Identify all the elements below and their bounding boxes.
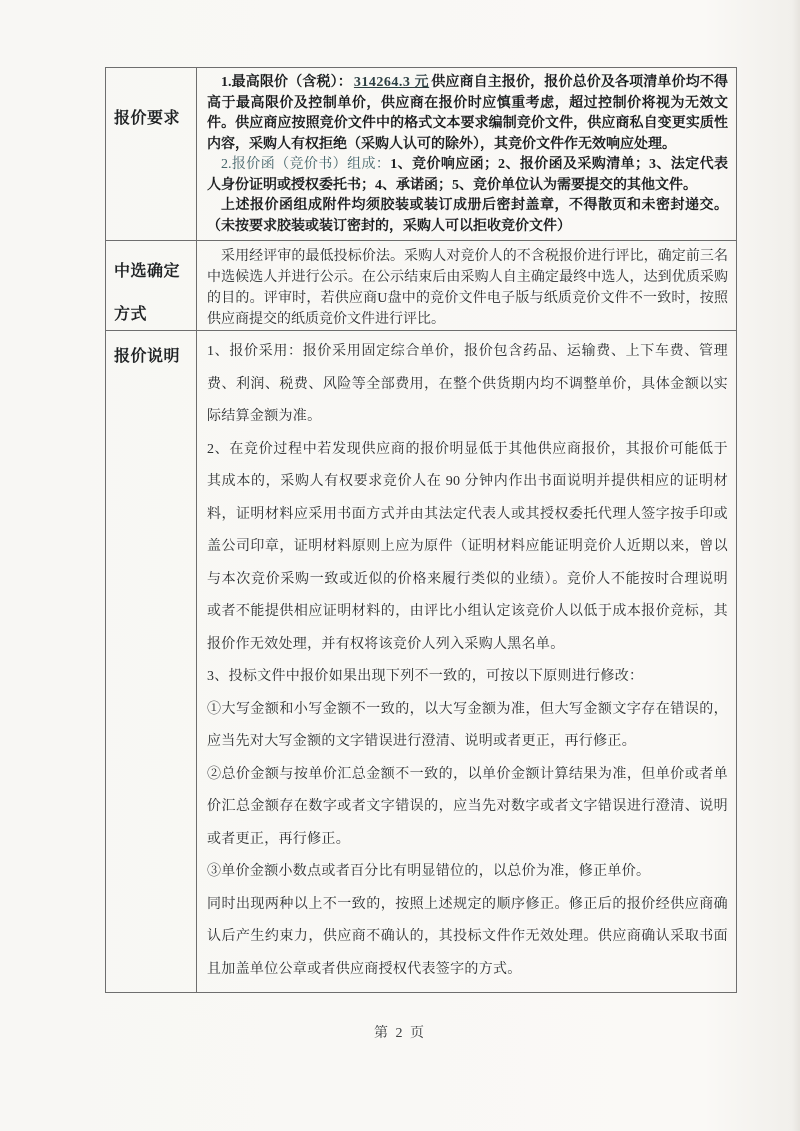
- paragraph-quote-composition: 2.报价函（竞价书）组成：1、竞价响应函；2、报价函及采购清单；3、法定代表人身…: [207, 155, 728, 196]
- paragraph-correction-order: 同时出现两种以上不一致的，按照上述规定的顺序修正。修正后的报价经供应商确认后产生…: [207, 889, 728, 987]
- table-row-quote-notes: 报价说明 1、报价采用：报价采用固定综合单价，报价包含药品、运输费、上下车费、管…: [106, 330, 736, 992]
- quote-composition-lead: 2.报价函（竞价书）组成：: [221, 157, 390, 172]
- table-row-quote-requirements: 报价要求 1.最高限价（含税）：314264.3 元供应商自主报价，报价总价及各…: [106, 68, 736, 240]
- paragraph-rule-1: ①大写金额和小写金额不一致的，以大写金额为准，但大写金额文字存在错误的，应当先对…: [207, 694, 728, 759]
- info-table: 报价要求 1.最高限价（含税）：314264.3 元供应商自主报价，报价总价及各…: [105, 67, 737, 993]
- table-row-selection-method: 中选确定方式 采用经评审的最低投标价法。采购人对竞价人的不含税报价进行评比，确定…: [106, 240, 736, 330]
- page-number: 第 2 页: [0, 1022, 800, 1042]
- row-label-text: 报价说明: [114, 348, 180, 365]
- selection-method-content: 采用经评审的最低投标价法。采购人对竞价人的不含税报价进行评比，确定前三名中选候选…: [197, 241, 736, 330]
- paragraph-selection-method: 采用经评审的最低投标价法。采购人对竞价人的不含税报价进行评比，确定前三名中选候选…: [207, 246, 728, 330]
- max-price-label: 1.最高限价（含税）：: [221, 75, 352, 90]
- paragraph-binding-requirement: 上述报价函组成附件均须胶装或装订成册后密封盖章，不得散页和未密封递交。（未按要求…: [207, 196, 728, 237]
- row-label-quote-notes: 报价说明: [106, 331, 197, 992]
- paragraph-max-price: 1.最高限价（含税）：314264.3 元供应商自主报价，报价总价及各项清单价均…: [207, 73, 728, 155]
- document-page: 报价要求 1.最高限价（含税）：314264.3 元供应商自主报价，报价总价及各…: [0, 0, 800, 1131]
- row-label-text: 中选确定方式: [114, 263, 180, 323]
- paragraph-low-price-rule: 2、在竞价过程中若发现供应商的报价明显低于其他供应商报价，其报价可能低于其成本的…: [207, 434, 728, 662]
- row-label-text: 报价要求: [114, 110, 180, 127]
- paragraph-rule-2: ②总价金额与按单价汇总金额不一致的，以单价金额计算结果为准，但单价或者单价汇总金…: [207, 759, 728, 857]
- quote-notes-content: 1、报价采用：报价采用固定综合单价，报价包含药品、运输费、上下车费、管理费、利润…: [197, 331, 736, 992]
- max-price-value: 314264.3 元: [352, 75, 431, 90]
- paragraph-pricing-basis: 1、报价采用：报价采用固定综合单价，报价包含药品、运输费、上下车费、管理费、利润…: [207, 336, 728, 434]
- paragraph-rule-3: ③单价金额小数点或者百分比有明显错位的，以总价为准，修正单价。: [207, 856, 728, 889]
- row-label-quote-requirements: 报价要求: [106, 68, 197, 240]
- quote-requirements-content: 1.最高限价（含税）：314264.3 元供应商自主报价，报价总价及各项清单价均…: [197, 68, 736, 240]
- paragraph-inconsistency-intro: 3、投标文件中报价如果出现下列不一致的，可按以下原则进行修改：: [207, 661, 728, 694]
- row-label-selection-method: 中选确定方式: [106, 241, 197, 330]
